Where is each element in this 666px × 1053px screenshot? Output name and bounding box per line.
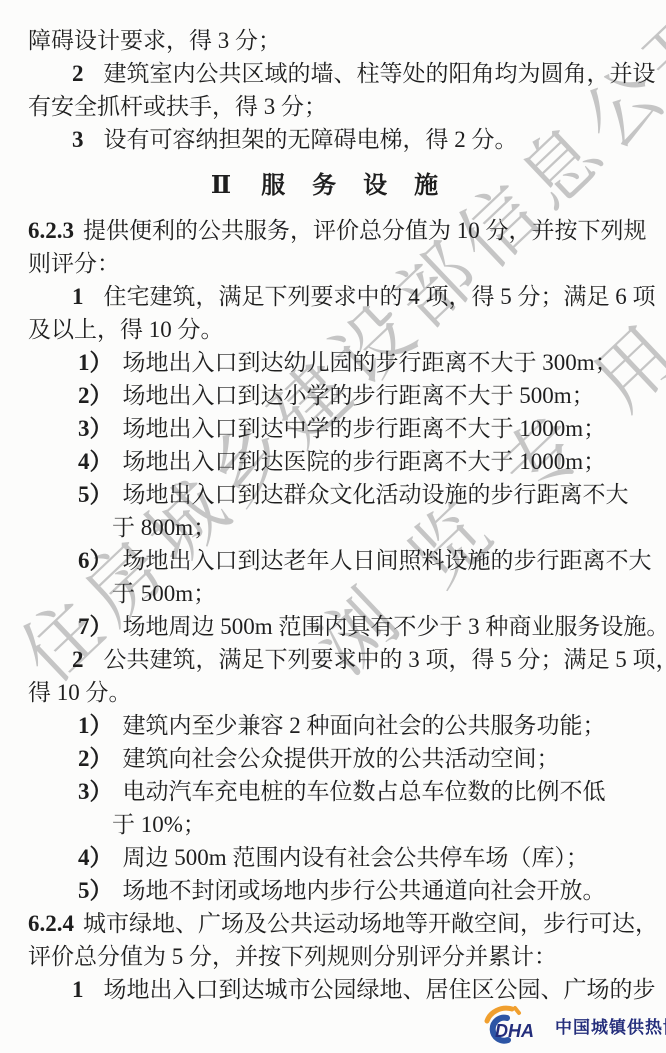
doc-line: 6.2.3提供便利的公共服务，评价总分值为 10 分，并按下列规	[28, 214, 648, 247]
doc-line: 6.2.4城市绿地、广场及公共运动场地等开敞空间，步行可达，	[28, 907, 648, 940]
line-text: 于 10%；	[112, 812, 206, 837]
doc-line: 5）场地出入口到达群众文化活动设施的步行距离不大	[28, 478, 648, 511]
doc-line: 2）场地出入口到达小学的步行距离不大于 500m；	[28, 379, 648, 412]
line-text: 场地出入口到达老年人日间照料设施的步行距离不大	[123, 548, 652, 573]
doc-line: 3）场地出入口到达中学的步行距离不大于 1000m；	[28, 412, 648, 445]
doc-line: 有安全抓杆或扶手，得 3 分；	[28, 90, 648, 123]
subitem-number: 3）	[78, 416, 113, 441]
line-text: 场地出入口到达医院的步行距离不大于 1000m；	[123, 449, 607, 474]
item-number: 1	[72, 977, 84, 1002]
section-heading-title: 服务设施	[261, 173, 465, 199]
line-text: 场地出入口到达中学的步行距离不大于 1000m；	[123, 416, 607, 441]
association-name: 中国城镇供热协会	[555, 1013, 666, 1038]
line-text: 场地出入口到达城市公园绿地、居住区公园、广场的步	[104, 977, 656, 1002]
doc-line: 1场地出入口到达城市公园绿地、居住区公园、广场的步	[28, 973, 648, 1006]
subitem-number: 4）	[78, 845, 113, 870]
line-text: 建筑向社会公众提供开放的公共活动空间；	[123, 746, 560, 771]
line-text: 则评分：	[28, 251, 120, 276]
line-text: 设有可容纳担架的无障碍电梯，得 2 分。	[104, 127, 518, 152]
line-text: 障碍设计要求，得 3 分；	[28, 28, 281, 53]
line-text: 于 800m；	[112, 515, 216, 540]
doc-line: 则评分：	[28, 247, 648, 280]
dha-logo-icon: DHA	[482, 1004, 548, 1046]
doc-line: 于 800m；	[28, 511, 648, 544]
line-text: 城市绿地、广场及公共运动场地等开敞空间，步行可达，	[83, 911, 658, 936]
doc-line: 于 500m；	[28, 577, 648, 610]
item-number: 2	[72, 647, 84, 672]
line-text: 周边 500m 范围内设有社会公共停车场（库）；	[123, 845, 589, 870]
clause-number: 6.2.3	[28, 218, 74, 243]
item-number: 2	[72, 61, 84, 86]
doc-line: 评价总分值为 5 分，并按下列规则分别评分并累计：	[28, 940, 648, 973]
doc-line: 1住宅建筑，满足下列要求中的 4 项，得 5 分；满足 6 项	[28, 280, 648, 313]
subitem-number: 1）	[78, 350, 113, 375]
section-heading: Ⅱ服务设施	[28, 170, 648, 203]
line-text: 提供便利的公共服务，评价总分值为 10 分，并按下列规	[83, 218, 647, 243]
doc-line: 4）场地出入口到达医院的步行距离不大于 1000m；	[28, 445, 648, 478]
line-text: 及以上，得 10 分。	[28, 317, 224, 342]
doc-line: 于 10%；	[28, 808, 648, 841]
doc-line: 6）场地出入口到达老年人日间照料设施的步行距离不大	[28, 544, 648, 577]
line-text: 建筑室内公共区域的墙、柱等处的阳角均为圆角，并设	[104, 61, 656, 86]
subitem-number: 3）	[78, 779, 113, 804]
subitem-number: 7）	[78, 614, 113, 639]
subitem-number: 1）	[78, 713, 113, 738]
association-logo: DHA 中国城镇供热协会	[482, 1004, 666, 1046]
line-text: 场地出入口到达群众文化活动设施的步行距离不大	[123, 482, 629, 507]
subitem-number: 2）	[78, 746, 113, 771]
doc-line: 1）建筑内至少兼容 2 种面向社会的公共服务功能；	[28, 709, 648, 742]
subitem-number: 5）	[78, 878, 113, 903]
section-heading-numeral: Ⅱ	[211, 173, 231, 199]
doc-line: 3）电动汽车充电桩的车位数占总车位数的比例不低	[28, 775, 648, 808]
doc-line: 得 10 分。	[28, 676, 648, 709]
line-text: 建筑内至少兼容 2 种面向社会的公共服务功能；	[123, 713, 606, 738]
subitem-number: 4）	[78, 449, 113, 474]
doc-line: 障碍设计要求，得 3 分；	[28, 24, 648, 57]
line-text: 场地不封闭或场地内步行公共通道向社会开放。	[123, 878, 606, 903]
doc-line: 及以上，得 10 分。	[28, 313, 648, 346]
line-text: 住宅建筑，满足下列要求中的 4 项，得 5 分；满足 6 项	[104, 284, 656, 309]
doc-line: 2建筑室内公共区域的墙、柱等处的阳角均为圆角，并设	[28, 57, 648, 90]
doc-line: 4）周边 500m 范围内设有社会公共停车场（库）；	[28, 841, 648, 874]
line-text: 评价总分值为 5 分，并按下列规则分别评分并累计：	[28, 944, 557, 969]
line-text: 于 500m；	[112, 581, 216, 606]
item-number: 1	[72, 284, 84, 309]
doc-line: 2公共建筑，满足下列要求中的 3 项，得 5 分；满足 5 项，	[28, 643, 648, 676]
doc-line: 2）建筑向社会公众提供开放的公共活动空间；	[28, 742, 648, 775]
line-text: 场地出入口到达小学的步行距离不大于 500m；	[123, 383, 595, 408]
line-text: 场地周边 500m 范围内具有不少于 3 种商业服务设施。	[123, 614, 666, 639]
dha-abbr: DHA	[495, 1021, 534, 1041]
item-number: 3	[72, 127, 84, 152]
line-text: 场地出入口到达幼儿园的步行距离不大于 300m；	[123, 350, 618, 375]
subitem-number: 2）	[78, 383, 113, 408]
line-text: 电动汽车充电桩的车位数占总车位数的比例不低	[123, 779, 606, 804]
line-text: 有安全抓杆或扶手，得 3 分；	[28, 94, 327, 119]
document-page: 住房城乡建设部信息公开 浏览专用 障碍设计要求，得 3 分； 2建筑室内公共区域…	[0, 0, 666, 1053]
doc-line: 5）场地不封闭或场地内步行公共通道向社会开放。	[28, 874, 648, 907]
document-body: 障碍设计要求，得 3 分； 2建筑室内公共区域的墙、柱等处的阳角均为圆角，并设 …	[28, 24, 648, 1006]
doc-line: 1）场地出入口到达幼儿园的步行距离不大于 300m；	[28, 346, 648, 379]
subitem-number: 6）	[78, 548, 113, 573]
doc-line: 3设有可容纳担架的无障碍电梯，得 2 分。	[28, 123, 648, 156]
doc-line: 7）场地周边 500m 范围内具有不少于 3 种商业服务设施。	[28, 610, 648, 643]
subitem-number: 5）	[78, 482, 113, 507]
line-text: 公共建筑，满足下列要求中的 3 项，得 5 分；满足 5 项，	[104, 647, 666, 672]
clause-number: 6.2.4	[28, 911, 74, 936]
line-text: 得 10 分。	[28, 680, 132, 705]
